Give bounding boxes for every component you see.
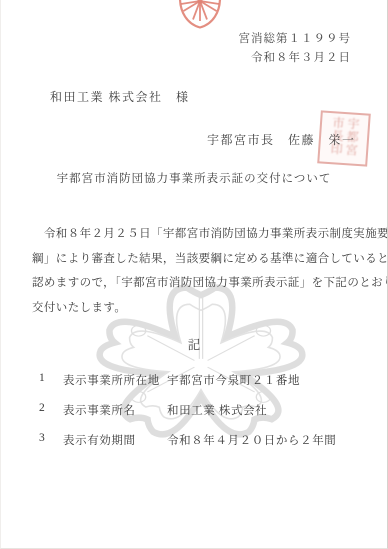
- list-item: 1 表示事業所所在地 宇都宮市今泉町２１番地: [39, 372, 369, 402]
- item-label: 表示事業所名: [63, 402, 167, 432]
- addressee-line: 和田工業 株式会社 様: [50, 88, 190, 105]
- item-label: 表示事業所所在地: [63, 372, 167, 402]
- item-value: 令和８年４月２０日から２年間: [167, 432, 369, 462]
- item-number: 2: [39, 402, 63, 432]
- scanned-letter-page: 宮消総第１１９９号 令和８年３月２日 和田工業 株式会社 様 宇都宮市長 佐藤 …: [0, 0, 388, 549]
- item-number: 1: [39, 372, 63, 402]
- subject-title: 宇都宮市消防団協力事業所表示証の交付について: [1, 170, 387, 186]
- ki-marker: 記: [1, 335, 387, 353]
- items-list: 1 表示事業所所在地 宇都宮市今泉町２１番地 2 表示事業所名 和田工業 株式会…: [39, 372, 369, 462]
- body-line: 令和８年２月２５日「宇都宮市消防団協力事業所表示制度実施要: [32, 222, 366, 247]
- document-header: 宮消総第１１９９号 令和８年３月２日: [239, 30, 352, 67]
- red-spoked-stamp-icon: [177, 0, 223, 30]
- body-line: 交付いたします。: [32, 296, 366, 321]
- body-line: 認めますので，「宇都宮市消防団協力事業所表示証」を下記のとおり: [32, 271, 366, 296]
- item-label: 表示有効期間: [63, 432, 167, 462]
- list-item: 2 表示事業所名 和田工業 株式会社: [39, 402, 369, 432]
- list-item: 3 表示有効期間 令和８年４月２０日から２年間: [39, 432, 369, 462]
- document-number: 宮消総第１１９９号: [239, 30, 352, 49]
- item-value: 和田工業 株式会社: [167, 402, 369, 432]
- sender-mayor-line: 宇都宮市長 佐藤 栄一: [207, 131, 356, 148]
- item-number: 3: [39, 432, 63, 462]
- body-line: 綱」により審査した結果，当該要綱に定める基準に適合していると: [32, 247, 366, 272]
- document-date: 令和８年３月２日: [239, 49, 352, 68]
- body-paragraph: 令和８年２月２５日「宇都宮市消防団協力事業所表示制度実施要 綱」により審査した結…: [32, 222, 366, 320]
- item-value: 宇都宮市今泉町２１番地: [167, 372, 369, 402]
